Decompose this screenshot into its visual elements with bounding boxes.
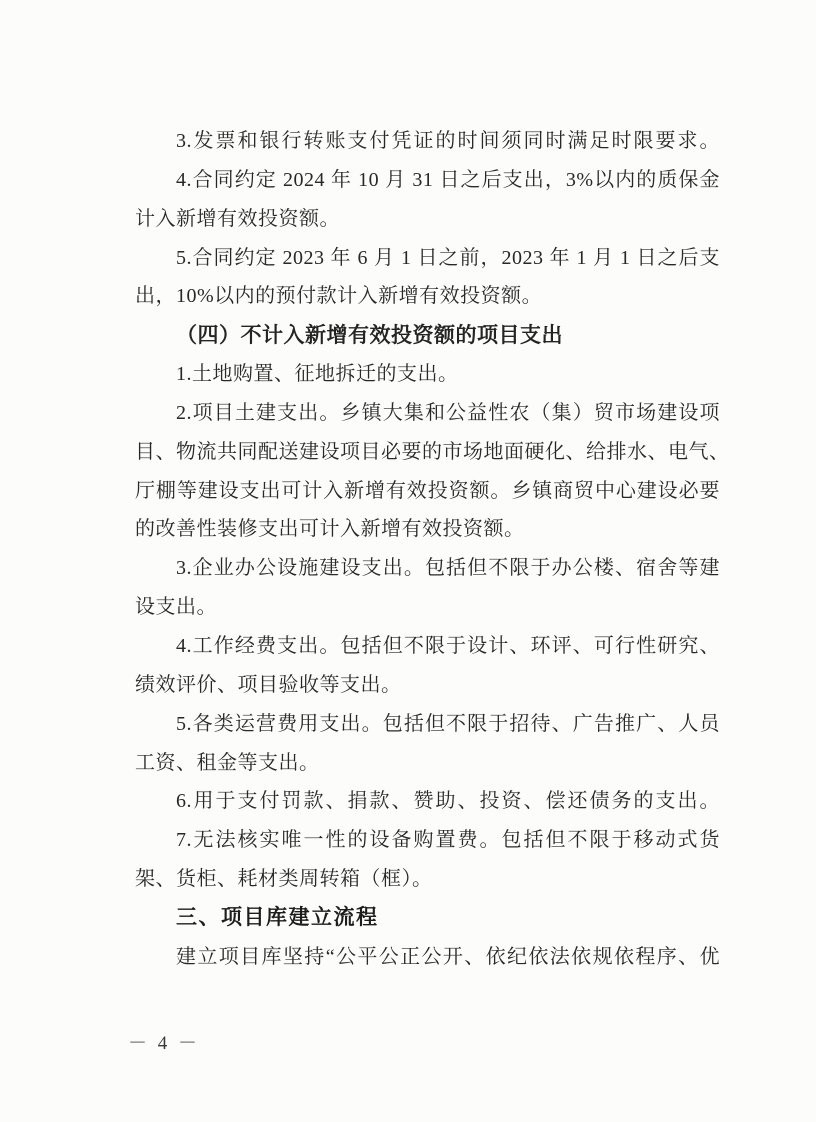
text-line: 2.项目土建支出。乡镇大集和公益性农（集）贸市场建设项 [135,394,720,433]
text-line: 绩效评价、项目验收等支出。 [135,666,720,705]
text-line: 4.工作经费支出。包括但不限于设计、环评、可行性研究、 [135,627,720,666]
text-line: 工资、租金等支出。 [135,744,720,783]
text-line: 建立项目库坚持“公平公正公开、依纪依法依规依程序、优 [135,938,720,977]
kai-heading: （四）不计入新增有效投资额的项目支出 [135,316,720,355]
text-line: 3.发票和银行转账支付凭证的时间须同时满足时限要求。 [135,122,720,161]
text-line: 5.合同约定 2023 年 6 月 1 日之前，2023 年 1 月 1 日之后… [135,239,720,278]
page-number: － 4 － [128,1028,200,1055]
text-line: 7.无法核实唯一性的设备购置费。包括但不限于移动式货 [135,821,720,860]
text-line: 设支出。 [135,588,720,627]
text-line: 6.用于支付罚款、捐款、赞助、投资、偿还债务的支出。 [135,782,720,821]
text-line: 计入新增有效投资额。 [135,200,720,239]
text-line: 厅棚等建设支出可计入新增有效投资额。乡镇商贸中心建设必要 [135,472,720,511]
text-line: 架、货柜、耗材类周转箱（框）。 [135,860,720,899]
text-line: 出，10%以内的预付款计入新增有效投资额。 [135,277,720,316]
document-page: 3.发票和银行转账支付凭证的时间须同时满足时限要求。4.合同约定 2024 年 … [0,0,816,1122]
text-line: 目、物流共同配送建设项目必要的市场地面硬化、给排水、电气、 [135,433,720,472]
text-line: 5.各类运营费用支出。包括但不限于招待、广告推广、人员 [135,705,720,744]
document-body: 3.发票和银行转账支付凭证的时间须同时满足时限要求。4.合同约定 2024 年 … [135,122,720,977]
text-line: 4.合同约定 2024 年 10 月 31 日之后支出，3%以内的质保金 [135,161,720,200]
text-line: 的改善性装修支出可计入新增有效投资额。 [135,510,720,549]
bold-heading: 三、项目库建立流程 [135,899,720,938]
text-line: 3.企业办公设施建设支出。包括但不限于办公楼、宿舍等建 [135,549,720,588]
text-line: 1.土地购置、征地拆迁的支出。 [135,355,720,394]
